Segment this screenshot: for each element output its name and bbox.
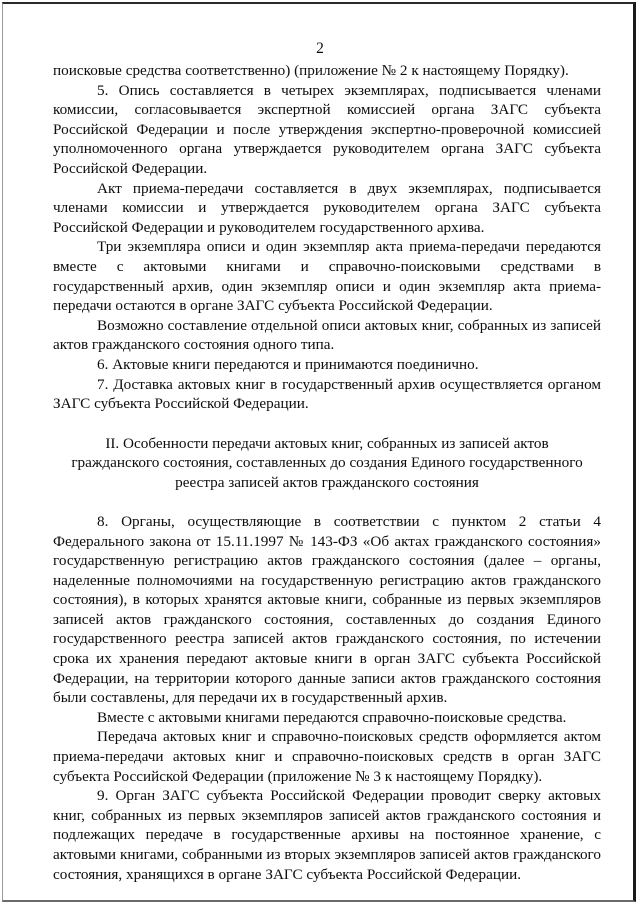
section-title: II. Особенности передачи актовых книг, с… — [53, 434, 601, 492]
paragraph-item-5: 5. Опись составляется в четырех экземпля… — [53, 81, 601, 179]
paragraph-copies: Три экземпляра описи и один экземпляр ак… — [53, 237, 601, 315]
section-title-line: II. Особенности передачи актовых книг, с… — [63, 434, 591, 453]
paragraph-item-6: 6. Актовые книги передаются и принимаютс… — [53, 355, 601, 375]
document-body: поисковые средства соответственно) (прил… — [53, 61, 601, 884]
paragraph-search-tools: Вместе с актовыми книгами передаются спр… — [53, 708, 601, 728]
paragraph-item-9: 9. Орган ЗАГС субъекта Российской Федера… — [53, 786, 601, 884]
page-number: 2 — [0, 40, 640, 58]
paragraph-item-7: 7. Доставка актовых книг в государственн… — [53, 375, 601, 414]
paragraph-act-transfer: Акт приема-передачи составляется в двух … — [53, 179, 601, 238]
paragraph-separate-inventory: Возможно составление отдельной описи акт… — [53, 316, 601, 355]
section-title-line: гражданского состояния, составленных до … — [63, 453, 591, 472]
paragraph-continuation: поисковые средства соответственно) (прил… — [53, 61, 601, 81]
section-title-line: реестра записей актов гражданского состо… — [63, 473, 591, 492]
paragraph-transfer-act: Передача актовых книг и справочно-поиско… — [53, 727, 601, 786]
paragraph-item-8: 8. Органы, осуществляющие в соответствии… — [53, 512, 601, 708]
